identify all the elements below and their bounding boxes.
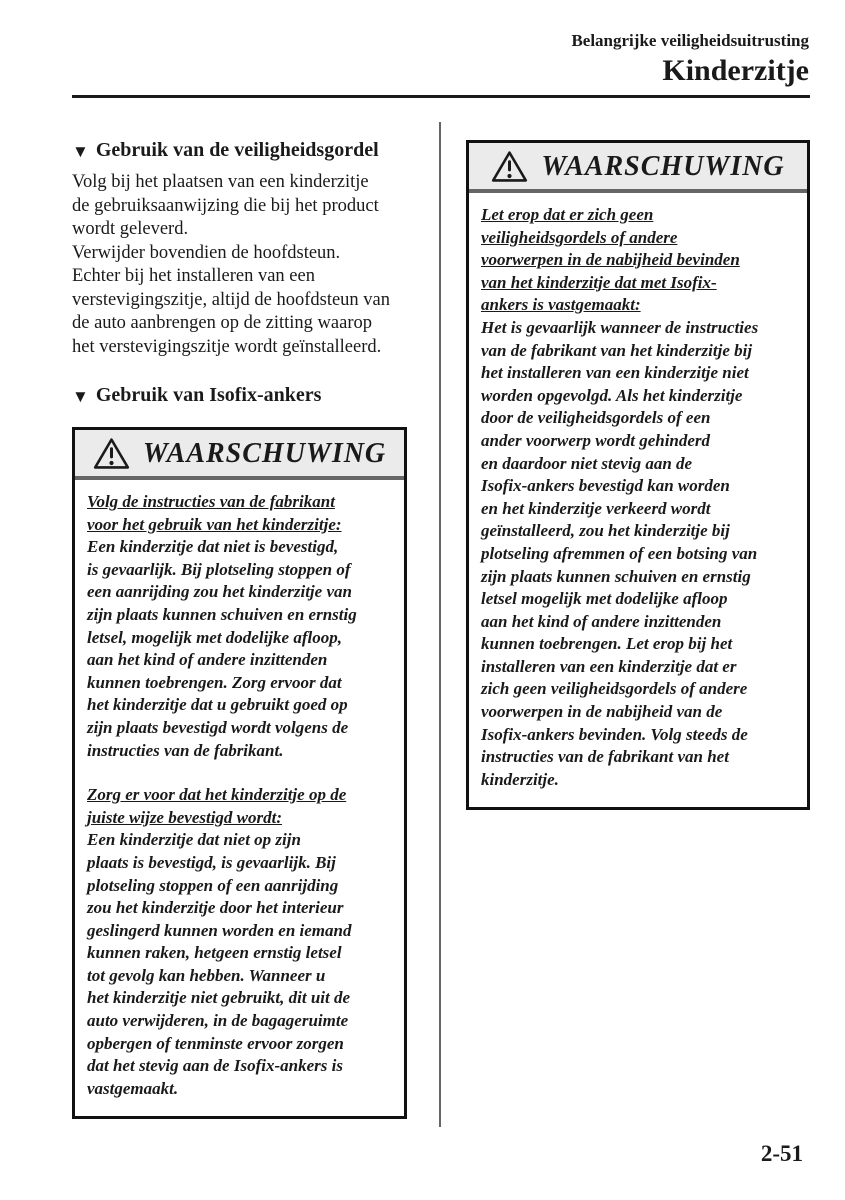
section-heading-isofix-anchors: ▼ Gebruik van Isofix-ankers xyxy=(72,383,436,407)
right-column: WAARSCHUWING Let erop dat er zich geen v… xyxy=(466,140,810,810)
warning-paragraph: Let erop dat er zich geen veiligheidsgor… xyxy=(481,204,795,791)
warning-paragraph-body: Een kinderzitje dat niet is bevestigd, i… xyxy=(87,536,392,762)
warning-paragraph-lead: Zorg er voor dat het kinderzitje op de j… xyxy=(87,784,392,829)
page-number: 2-51 xyxy=(761,1141,803,1167)
warning-title: WAARSCHUWING xyxy=(143,438,386,470)
section-heading-label: Gebruik van Isofix-ankers xyxy=(96,383,322,407)
triangle-marker-icon: ▼ xyxy=(72,388,89,405)
warning-triangle-icon xyxy=(93,437,130,470)
section-heading-label: Gebruik van de veiligheidsgordel xyxy=(96,138,379,162)
left-column: ▼ Gebruik van de veiligheidsgordel Volg … xyxy=(72,138,436,1119)
warning-paragraph-lead: Volg de instructies van de fabrikant voo… xyxy=(87,491,392,536)
column-divider xyxy=(439,122,441,1127)
intro-paragraph: Volg bij het plaatsen van een kinderzitj… xyxy=(72,171,436,359)
page-title: Kinderzitje xyxy=(571,54,809,88)
warning-paragraph-body: Het is gevaarlijk wanneer de instructies… xyxy=(481,317,795,791)
warning-box-header: WAARSCHUWING xyxy=(469,143,807,193)
chapter-title: Belangrijke veiligheidsuitrusting xyxy=(571,31,809,51)
warning-paragraph-lead: Let erop dat er zich geen veiligheidsgor… xyxy=(481,204,795,317)
warning-paragraph-body: Een kinderzitje dat niet op zijn plaats … xyxy=(87,829,392,1100)
header-rule xyxy=(72,95,810,98)
warning-box-header: WAARSCHUWING xyxy=(75,430,404,480)
warning-box-left: WAARSCHUWING Volg de instructies van de … xyxy=(72,427,407,1119)
warning-box-content: Volg de instructies van de fabrikant voo… xyxy=(75,480,404,1116)
warning-title: WAARSCHUWING xyxy=(541,151,784,183)
warning-paragraph: Volg de instructies van de fabrikant voo… xyxy=(87,491,392,762)
section-heading-seatbelt-use: ▼ Gebruik van de veiligheidsgordel xyxy=(72,138,436,162)
page-header: Belangrijke veiligheidsuitrusting Kinder… xyxy=(571,31,809,88)
warning-box-right: WAARSCHUWING Let erop dat er zich geen v… xyxy=(466,140,810,810)
triangle-marker-icon: ▼ xyxy=(72,143,89,160)
warning-box-content: Let erop dat er zich geen veiligheidsgor… xyxy=(469,193,807,807)
warning-paragraph: Zorg er voor dat het kinderzitje op de j… xyxy=(87,784,392,1100)
warning-triangle-icon xyxy=(491,150,528,183)
